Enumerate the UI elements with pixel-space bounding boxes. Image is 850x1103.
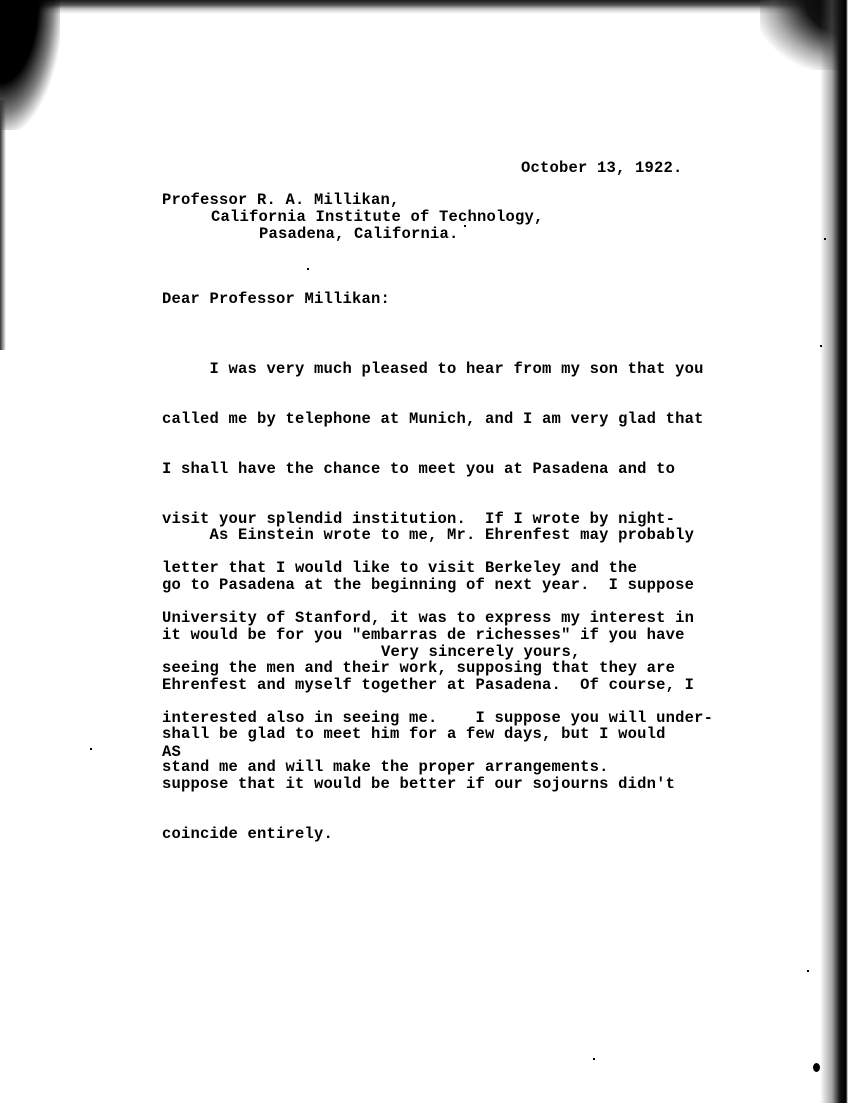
paragraph-line: I shall have the chance to meet you at P…: [162, 461, 713, 478]
speck: [820, 345, 822, 347]
body-paragraph-2: As Einstein wrote to me, Mr. Ehrenfest m…: [162, 494, 694, 859]
recipient-institution: California Institute of Technology,: [211, 209, 544, 226]
paragraph-line: As Einstein wrote to me, Mr. Ehrenfest m…: [162, 527, 694, 544]
paragraph-line: it would be for you "embarras de richess…: [162, 627, 694, 644]
scan-edge-right: [820, 0, 850, 1103]
scan-edge-top: [0, 0, 850, 14]
sender-initials: AS: [162, 744, 181, 761]
paragraph-line: called me by telephone at Munich, and I …: [162, 411, 713, 428]
paragraph-line: suppose that it would be better if our s…: [162, 776, 694, 793]
scan-corner-top-left: [0, 0, 60, 130]
paragraph-line: I was very much pleased to hear from my …: [162, 361, 713, 378]
closing: Very sincerely yours,: [381, 644, 581, 661]
scan-edge-left: [0, 100, 6, 350]
salutation: Dear Professor Millikan:: [162, 291, 390, 308]
paragraph-line: coincide entirely.: [162, 826, 694, 843]
recipient-city: Pasadena, California.: [259, 226, 459, 243]
recipient-name: Professor R. A. Millikan,: [162, 192, 400, 209]
paragraph-line: shall be glad to meet him for a few days…: [162, 726, 694, 743]
letter-date: October 13, 1922.: [521, 160, 683, 177]
speck: [307, 268, 309, 270]
speck: [824, 238, 826, 240]
punch-hole-mark: [813, 1063, 820, 1072]
speck: [90, 748, 92, 750]
speck: [807, 970, 809, 972]
paragraph-line: Ehrenfest and myself together at Pasaden…: [162, 677, 694, 694]
speck: [593, 1058, 595, 1060]
paragraph-line: go to Pasadena at the beginning of next …: [162, 577, 694, 594]
